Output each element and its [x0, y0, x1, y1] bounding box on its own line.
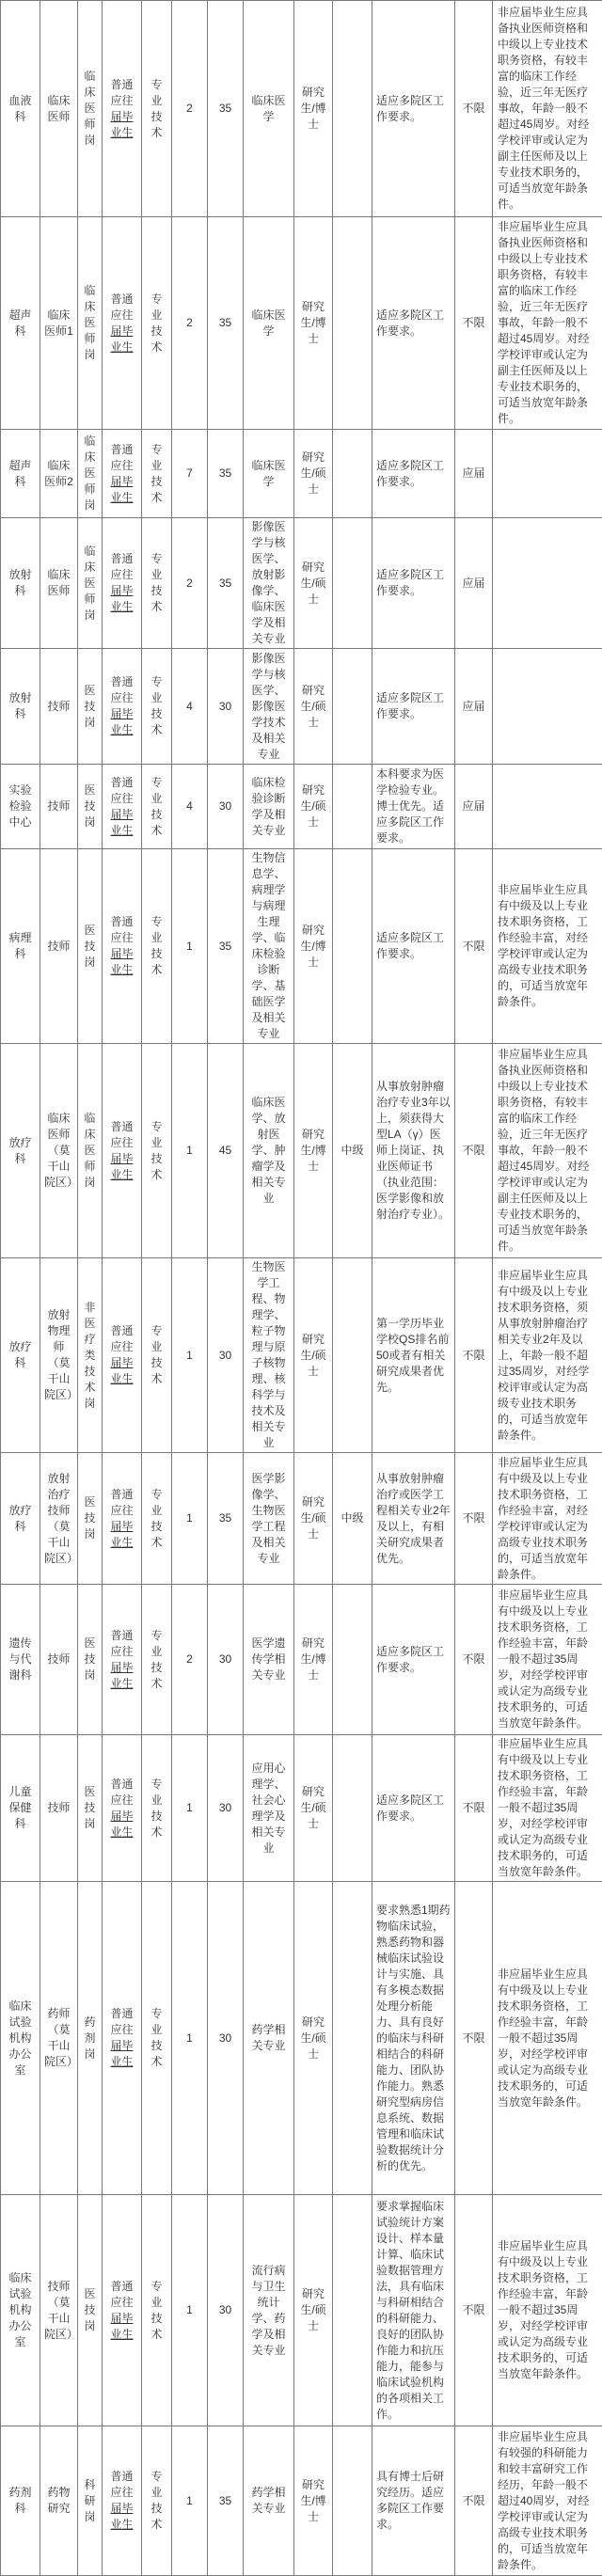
- cell-post: 临床医师: [40, 518, 78, 649]
- cell-scope: 应届: [455, 765, 493, 849]
- cell-dept: 放射科: [1, 649, 40, 765]
- table-row: 放射科临床医师临床医师岗普通应往届毕业生专业技术235影像医学与核医学、放射影像…: [1, 518, 602, 649]
- recruit-type-underlined: 届毕业生: [110, 1661, 133, 1690]
- cell-count: 1: [172, 2195, 208, 2426]
- recruitment-table: 血液科临床医师临床医师岗普通应往届毕业生专业技术235临床医学研究生/博士适应多…: [0, 0, 602, 2576]
- cell-recruit: 普通应往届毕业生: [103, 849, 142, 1044]
- cell-nature: 专业技术: [142, 217, 172, 430]
- recruit-type-prefix: 普通应往: [110, 552, 133, 581]
- table-row: 临床试验机构办公室药师（莫干山院区）药剂岗普通应往届毕业生专业技术130药学相关…: [1, 1882, 602, 2195]
- recruit-type-prefix: 普通应往: [110, 292, 133, 322]
- cell-nature: 专业技术: [142, 765, 172, 849]
- cell-count: 2: [172, 1, 208, 217]
- cell-post: 临床医师: [40, 1, 78, 217]
- cell-age: 35: [208, 430, 244, 518]
- cell-count: 1: [172, 1453, 208, 1585]
- cell-note: [493, 649, 602, 765]
- recruit-type-underlined: 届毕业生: [110, 1356, 133, 1385]
- cell-age: 30: [208, 1735, 244, 1882]
- cell-degree: 研究生/博士: [294, 217, 333, 430]
- table-row: 儿童保健科技师医技岗普通应往届毕业生专业技术130应用心理学、社会心理学及相关专…: [1, 1735, 602, 1882]
- cell-recruit: 普通应往届毕业生: [103, 518, 142, 649]
- cell-title: [333, 2426, 372, 2576]
- recruit-type-underlined: 届毕业生: [110, 808, 133, 837]
- cell-recruit: 普通应往届毕业生: [103, 1585, 142, 1735]
- cell-recruit: 普通应往届毕业生: [103, 1882, 142, 2195]
- cell-category: 医技岗: [78, 649, 103, 765]
- cell-post: 技师: [40, 1585, 78, 1735]
- cell-count: 2: [172, 217, 208, 430]
- cell-post: 技师: [40, 649, 78, 765]
- cell-recruit: 普通应往届毕业生: [103, 1, 142, 217]
- cell-category: 临床医师岗: [78, 1, 103, 217]
- cell-age: 30: [208, 2195, 244, 2426]
- cell-recruit: 普通应往届毕业生: [103, 1258, 142, 1453]
- recruit-type-underlined: 届毕业生: [110, 1810, 133, 1839]
- cell-post: 技师: [40, 849, 78, 1044]
- recruit-type-underlined: 届毕业生: [110, 584, 133, 613]
- cell-nature: 专业技术: [142, 649, 172, 765]
- cell-age: 35: [208, 2426, 244, 2576]
- cell-category: 医技岗: [78, 1585, 103, 1735]
- cell-recruit: 普通应往届毕业生: [103, 1453, 142, 1585]
- cell-category: 医技岗: [78, 765, 103, 849]
- cell-note: 非应届毕业生应具有中级及以上专业技术职务资格，工作经验丰富，年龄一般不超过35周…: [493, 1585, 602, 1735]
- cell-nature: 专业技术: [142, 1, 172, 217]
- cell-category: 科研岗: [78, 2426, 103, 2576]
- recruit-type-underlined: 届毕业生: [110, 324, 133, 354]
- cell-major: 影像医学与核医学、影像医学技术及相关专业: [244, 649, 294, 765]
- cell-note: [493, 765, 602, 849]
- cell-recruit: 普通应往届毕业生: [103, 765, 142, 849]
- recruit-type-prefix: 普通应往: [110, 776, 133, 805]
- cell-category: 非医疗类技术岗: [78, 1258, 103, 1453]
- cell-degree: 研究生/硕士: [294, 1453, 333, 1585]
- cell-recruit: 普通应往届毕业生: [103, 430, 142, 518]
- cell-other: 适应多院区工作要求。: [372, 849, 455, 1044]
- cell-age: 35: [208, 1453, 244, 1585]
- cell-nature: 专业技术: [142, 1882, 172, 2195]
- table-row: 血液科临床医师临床医师岗普通应往届毕业生专业技术235临床医学研究生/博士适应多…: [1, 1, 602, 217]
- cell-category: 医技岗: [78, 1453, 103, 1585]
- cell-age: 30: [208, 1882, 244, 2195]
- cell-title: [333, 430, 372, 518]
- recruit-type-prefix: 普通应往: [110, 443, 133, 472]
- cell-age: 35: [208, 518, 244, 649]
- cell-dept: 临床试验机构办公室: [1, 2195, 40, 2426]
- cell-major: 应用心理学、社会心理学及相关专业: [244, 1735, 294, 1882]
- cell-title: [333, 649, 372, 765]
- cell-post: 放射治疗技师（莫干山院区）: [40, 1453, 78, 1585]
- recruit-type-prefix: 普通应往: [110, 2470, 133, 2499]
- cell-category: 临床医师岗: [78, 518, 103, 649]
- cell-other: 适应多院区工作要求。: [372, 430, 455, 518]
- cell-scope: 应届: [455, 430, 493, 518]
- cell-nature: 专业技术: [142, 849, 172, 1044]
- cell-age: 45: [208, 1044, 244, 1258]
- cell-other: 适应多院区工作要求。: [372, 1735, 455, 1882]
- cell-major: 临床医学、放射医学、肿瘤学及相关专业: [244, 1044, 294, 1258]
- cell-title: [333, 1585, 372, 1735]
- table-body: 血液科临床医师临床医师岗普通应往届毕业生专业技术235临床医学研究生/博士适应多…: [1, 1, 602, 2576]
- cell-nature: 专业技术: [142, 1044, 172, 1258]
- cell-recruit: 普通应往届毕业生: [103, 2195, 142, 2426]
- cell-nature: 专业技术: [142, 2195, 172, 2426]
- cell-note: 非应届毕业生应具有中级及以上专业技术职务资格，工作经验丰富，年龄一般不超过35周…: [493, 1735, 602, 1882]
- cell-major: 临床医学: [244, 217, 294, 430]
- cell-count: 4: [172, 765, 208, 849]
- cell-major: 药学相关专业: [244, 1882, 294, 2195]
- cell-scope: 不限: [455, 2426, 493, 2576]
- cell-recruit: 普通应往届毕业生: [103, 1735, 142, 1882]
- table-row: 病理科技师医技岗普通应往届毕业生专业技术135生物信息学、病理学与病理生理学、临…: [1, 849, 602, 1044]
- recruit-type-prefix: 普通应往: [110, 1778, 133, 1807]
- table-row: 放射科技师医技岗普通应往届毕业生专业技术430影像医学与核医学、影像医学技术及相…: [1, 649, 602, 765]
- cell-major: 药学相关专业: [244, 2426, 294, 2576]
- cell-title: [333, 1735, 372, 1882]
- cell-note: 非应届毕业生应具有中级及以上专业技术职务资格，须从事放射肿瘤治疗相关专业2年及以…: [493, 1258, 602, 1453]
- cell-recruit: 普通应往届毕业生: [103, 217, 142, 430]
- cell-other: 从事放射肿瘤治疗专业3年以上，须获得大型LA（γ）医师上岗证、执业医师证书（执业…: [372, 1044, 455, 1258]
- table-row: 超声科临床医师2临床医师岗普通应往届毕业生专业技术735临床医学研究生/硕士适应…: [1, 430, 602, 518]
- cell-post: 临床医师（莫干山院区）: [40, 1044, 78, 1258]
- recruit-type-underlined: 届毕业生: [110, 1520, 133, 1549]
- cell-degree: 研究生/硕士: [294, 430, 333, 518]
- cell-count: 1: [172, 1735, 208, 1882]
- cell-category: 临床医师岗: [78, 1044, 103, 1258]
- cell-post: 药物研究: [40, 2426, 78, 2576]
- cell-dept: 超声科: [1, 217, 40, 430]
- cell-age: 35: [208, 217, 244, 430]
- cell-count: 1: [172, 1044, 208, 1258]
- cell-count: 7: [172, 430, 208, 518]
- cell-dept: 超声科: [1, 430, 40, 518]
- cell-scope: 不限: [455, 1044, 493, 1258]
- cell-nature: 专业技术: [142, 1258, 172, 1453]
- cell-major: 临床医学: [244, 430, 294, 518]
- cell-nature: 专业技术: [142, 2426, 172, 2576]
- cell-other: 适应多院区工作要求。: [372, 1585, 455, 1735]
- table-row: 遗传与代谢科技师医技岗普通应往届毕业生专业技术230医学遗传学相关专业研究生/博…: [1, 1585, 602, 1735]
- cell-recruit: 普通应往届毕业生: [103, 649, 142, 765]
- cell-dept: 遗传与代谢科: [1, 1585, 40, 1735]
- cell-nature: 专业技术: [142, 1735, 172, 1882]
- cell-dept: 临床试验机构办公室: [1, 1882, 40, 2195]
- cell-other: 具有博士后研究经历。适应多院区工作要求。: [372, 2426, 455, 2576]
- cell-note: 非应届毕业生应具有中级及以上专业技术职务资格，工作经验丰富，对经学校评审或认定为…: [493, 1453, 602, 1585]
- cell-degree: 研究生/博士: [294, 1044, 333, 1258]
- recruit-type-prefix: 普通应往: [110, 1324, 133, 1353]
- cell-note: 非应届毕业生应具有中级及以上专业技术职务资格，工作经验丰富，年龄一般不超过35周…: [493, 1882, 602, 2195]
- cell-dept: 实验检验中心: [1, 765, 40, 849]
- cell-scope: 不限: [455, 2195, 493, 2426]
- recruit-type-prefix: 普通应往: [110, 78, 133, 107]
- cell-title: [333, 518, 372, 649]
- cell-other: 本科要求为医学检验专业。博士优先。适应多院区工作要求。: [372, 765, 455, 849]
- cell-age: 30: [208, 765, 244, 849]
- cell-post: 临床医师1: [40, 217, 78, 430]
- cell-nature: 专业技术: [142, 518, 172, 649]
- cell-scope: 应届: [455, 518, 493, 649]
- cell-dept: 放射科: [1, 518, 40, 649]
- cell-category: 临床医师岗: [78, 217, 103, 430]
- recruit-type-underlined: 届毕业生: [110, 707, 133, 736]
- cell-degree: 研究生/硕士: [294, 1735, 333, 1882]
- recruit-type-underlined: 届毕业生: [110, 2312, 133, 2341]
- cell-major: 生物信息学、病理学与病理生理学、临床检验诊断学、基础医学及相关专业: [244, 849, 294, 1044]
- cell-major: 医学影像学、生物医学工程及相关专业: [244, 1453, 294, 1585]
- cell-other: 适应多院区工作要求。: [372, 1, 455, 217]
- cell-nature: 专业技术: [142, 1585, 172, 1735]
- cell-degree: 研究生/博士: [294, 1585, 333, 1735]
- cell-major: 临床检验诊断学及相关专业: [244, 765, 294, 849]
- recruit-type-underlined: 届毕业生: [110, 2502, 133, 2531]
- cell-dept: 血液科: [1, 1, 40, 217]
- cell-count: 4: [172, 649, 208, 765]
- table-row: 实验检验中心技师医技岗普通应往届毕业生专业技术430临床检验诊断学及相关专业研究…: [1, 765, 602, 849]
- cell-degree: 研究生/硕士: [294, 649, 333, 765]
- cell-recruit: 普通应往届毕业生: [103, 2426, 142, 2576]
- cell-note: 非应届毕业生应具有中级及以上专业技术职务资格，工作经验丰富，年龄一般不超过35周…: [493, 2195, 602, 2426]
- cell-note: 非应届毕业生应具备执业医师资格和中级以上专业技术职务资格，有较丰富的临床工作经验…: [493, 1, 602, 217]
- cell-degree: 研究生/博士: [294, 1, 333, 217]
- recruit-type-prefix: 普通应往: [110, 2280, 133, 2309]
- cell-scope: 不限: [455, 217, 493, 430]
- cell-count: 1: [172, 1258, 208, 1453]
- cell-category: 药剂岗: [78, 1882, 103, 2195]
- table-row: 药剂科药物研究科研岗普通应往届毕业生专业技术135药学相关专业研究生/博士具有博…: [1, 2426, 602, 2576]
- table-row: 超声科临床医师1临床医师岗普通应往届毕业生专业技术235临床医学研究生/博士适应…: [1, 217, 602, 430]
- cell-title: 中级: [333, 1044, 372, 1258]
- cell-other: 要求掌握临床试验统计方案设计、样本量计算、临床试验数据管理方法，具有临床与科研相…: [372, 2195, 455, 2426]
- cell-note: [493, 430, 602, 518]
- recruit-type-prefix: 普通应往: [110, 1629, 133, 1658]
- cell-dept: 放疗科: [1, 1258, 40, 1453]
- table-row: 放疗科放射物理师（莫干山院区）非医疗类技术岗普通应往届毕业生专业技术130生物医…: [1, 1258, 602, 1453]
- cell-degree: 研究生/硕士: [294, 765, 333, 849]
- cell-dept: 放疗科: [1, 1453, 40, 1585]
- cell-scope: 不限: [455, 849, 493, 1044]
- cell-scope: 不限: [455, 1585, 493, 1735]
- cell-post: 临床医师2: [40, 430, 78, 518]
- recruit-type-underlined: 届毕业生: [110, 475, 133, 504]
- cell-degree: 研究生/博士: [294, 2426, 333, 2576]
- cell-count: 1: [172, 1882, 208, 2195]
- recruit-type-prefix: 普通应往: [110, 1120, 133, 1149]
- cell-title: 中级: [333, 1453, 372, 1585]
- cell-title: [333, 1, 372, 217]
- table-row: 临床试验机构办公室技师（莫干山院区）医技岗普通应往届毕业生专业技术130流行病与…: [1, 2195, 602, 2426]
- cell-note: 非应届毕业生应具有较强的科研能力和较丰富研究工作经历，年龄一般不超过40周岁，对…: [493, 2426, 602, 2576]
- cell-age: 30: [208, 649, 244, 765]
- cell-scope: 不限: [455, 1258, 493, 1453]
- cell-nature: 专业技术: [142, 1453, 172, 1585]
- cell-count: 1: [172, 849, 208, 1044]
- cell-degree: 研究生/硕士: [294, 2195, 333, 2426]
- cell-dept: 药剂科: [1, 2426, 40, 2576]
- cell-degree: 研究生/硕士: [294, 1882, 333, 2195]
- table-row: 放疗科临床医师（莫干山院区）临床医师岗普通应往届毕业生专业技术145临床医学、放…: [1, 1044, 602, 1258]
- recruit-type-prefix: 普通应往: [110, 915, 133, 944]
- cell-other: 第一学历毕业学校QS排名前50或者有相关研究成果者优先。: [372, 1258, 455, 1453]
- cell-age: 35: [208, 849, 244, 1044]
- cell-title: [333, 217, 372, 430]
- cell-other: 适应多院区工作要求。: [372, 649, 455, 765]
- cell-age: 30: [208, 1585, 244, 1735]
- cell-scope: 不限: [455, 1735, 493, 1882]
- cell-category: 医技岗: [78, 849, 103, 1044]
- recruit-type-prefix: 普通应往: [110, 1488, 133, 1517]
- cell-note: 非应届毕业生应具有中级及以上专业技术职务资格，工作经验丰富，对经学校评审或认定为…: [493, 849, 602, 1044]
- cell-degree: 研究生/硕士: [294, 518, 333, 649]
- cell-other: 适应多院区工作要求。: [372, 217, 455, 430]
- cell-major: 生物医学工程、物理学、粒子物理与原子核物理、核科学与技术及相关专业: [244, 1258, 294, 1453]
- cell-major: 临床医学: [244, 1, 294, 217]
- cell-count: 2: [172, 518, 208, 649]
- cell-post: 放射物理师（莫干山院区）: [40, 1258, 78, 1453]
- recruit-type-prefix: 普通应往: [110, 2007, 133, 2036]
- cell-title: [333, 2195, 372, 2426]
- cell-scope: 不限: [455, 1453, 493, 1585]
- cell-other: 从事放射肿瘤治疗或医学工程相关专业2年及以上，有相关研究成果者优先。: [372, 1453, 455, 1585]
- cell-count: 1: [172, 2426, 208, 2576]
- cell-post: 技师: [40, 1735, 78, 1882]
- cell-post: 技师: [40, 765, 78, 849]
- cell-count: 2: [172, 1585, 208, 1735]
- cell-scope: 不限: [455, 1882, 493, 2195]
- cell-post: 技师（莫干山院区）: [40, 2195, 78, 2426]
- cell-title: [333, 1882, 372, 2195]
- cell-title: [333, 1258, 372, 1453]
- cell-degree: 研究生/博士: [294, 849, 333, 1044]
- cell-note: 非应届毕业生应具备执业医师资格和中级以上专业技术职务资格，有较丰富的临床工作经验…: [493, 1044, 602, 1258]
- cell-title: [333, 849, 372, 1044]
- cell-category: 医技岗: [78, 2195, 103, 2426]
- recruit-type-underlined: 届毕业生: [110, 2039, 133, 2068]
- cell-dept: 病理科: [1, 849, 40, 1044]
- cell-scope: 不限: [455, 1, 493, 217]
- cell-major: 医学遗传学相关专业: [244, 1585, 294, 1735]
- cell-category: 医技岗: [78, 1735, 103, 1882]
- cell-title: [333, 765, 372, 849]
- recruit-type-underlined: 届毕业生: [110, 1152, 133, 1181]
- recruit-type-prefix: 普通应往: [110, 675, 133, 704]
- cell-age: 35: [208, 1, 244, 217]
- cell-dept: 放疗科: [1, 1044, 40, 1258]
- cell-other: 适应多院区工作要求。: [372, 518, 455, 649]
- cell-scope: 应届: [455, 649, 493, 765]
- recruit-type-underlined: 届毕业生: [110, 947, 133, 976]
- cell-major: 影像医学与核医学、放射影像学、临床医学及相关专业: [244, 518, 294, 649]
- cell-major: 流行病与卫生统计学、药学及相关专业: [244, 2195, 294, 2426]
- cell-degree: 研究生/硕士: [294, 1258, 333, 1453]
- cell-age: 30: [208, 1258, 244, 1453]
- cell-note: 非应届毕业生应具备执业医师资格和中级以上专业技术职务资格，有较丰富的临床工作经验…: [493, 217, 602, 430]
- cell-note: [493, 518, 602, 649]
- recruit-type-underlined: 届毕业生: [110, 110, 133, 139]
- cell-recruit: 普通应往届毕业生: [103, 1044, 142, 1258]
- cell-nature: 专业技术: [142, 430, 172, 518]
- cell-other: 要求熟悉1期药物临床试验，熟悉药物和器械临床试验设计与实施、具有多模态数据处理分…: [372, 1882, 455, 2195]
- cell-post: 药师（莫干山院区）: [40, 1882, 78, 2195]
- cell-dept: 儿童保健科: [1, 1735, 40, 1882]
- table-row: 放疗科放射治疗技师（莫干山院区）医技岗普通应往届毕业生专业技术135医学影像学、…: [1, 1453, 602, 1585]
- cell-category: 临床医师岗: [78, 430, 103, 518]
